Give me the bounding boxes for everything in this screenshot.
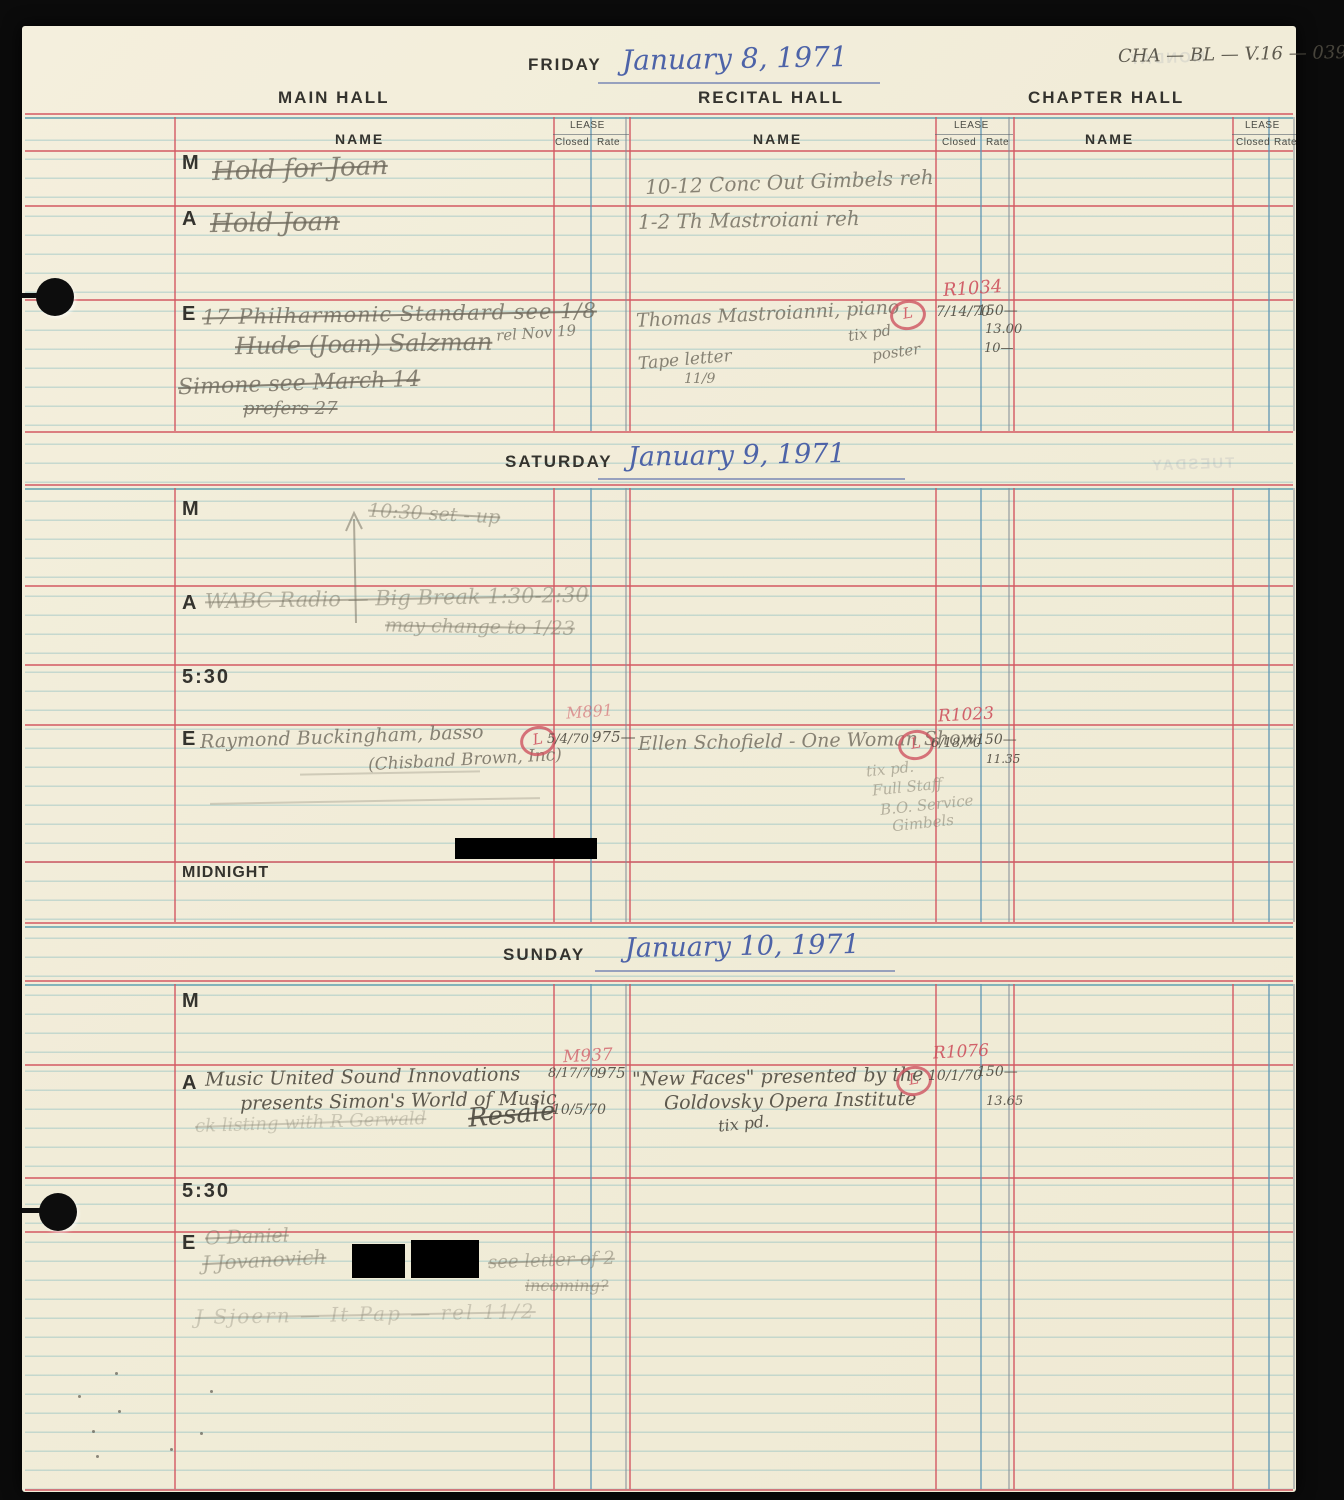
row-label-midnight: MIDNIGHT	[182, 864, 269, 882]
table-border	[25, 484, 1293, 486]
lease-rate-saturday-recital-1: 150—	[976, 732, 1017, 748]
name-header-main: NAME	[335, 131, 384, 147]
booking-number-saturday-recital: R1023	[938, 704, 995, 727]
section-border	[25, 922, 1293, 924]
booking-number-saturday-main: M891	[565, 700, 613, 722]
closed-header: Closed	[555, 137, 589, 148]
row-label-m: M	[182, 152, 201, 175]
table-border	[25, 488, 1293, 490]
row-divider	[25, 150, 1293, 152]
hole-punch-bottom	[39, 1193, 77, 1231]
entry-friday-main-e4: prefers 27	[243, 398, 338, 419]
lease-box-line	[553, 134, 629, 135]
column-line	[174, 984, 176, 1489]
lease-rate-sunday-recital-1: 150—	[977, 1064, 1018, 1080]
column-line	[174, 488, 176, 922]
column-line	[625, 984, 627, 1489]
hall-header-recital: RECITAL HALL	[698, 88, 844, 108]
pencil-speck	[118, 1410, 121, 1413]
day-label-friday: FRIDAY	[528, 55, 602, 75]
pencil-speck	[78, 1395, 81, 1398]
row-divider	[25, 205, 1293, 207]
entry-friday-recital-a: 1-2 Th Mastroiani reh	[638, 206, 860, 234]
section-border	[25, 926, 1293, 928]
row-divider	[25, 299, 1293, 301]
date-underline	[598, 82, 880, 84]
column-line	[1232, 117, 1234, 431]
column-line	[1268, 984, 1270, 1489]
date-sunday: January 10, 1971	[625, 929, 860, 964]
table-border	[25, 984, 1293, 986]
lease-closed-sunday-main: 8/17/70	[548, 1066, 598, 1081]
row-label-530: 5:30	[182, 1180, 230, 1203]
column-line	[1268, 488, 1270, 922]
lease-box-line	[935, 134, 1013, 135]
row-divider	[25, 1064, 1293, 1066]
booking-number-friday-recital: R1034	[942, 276, 1003, 301]
entry-sunday-main-e2b: see letter of 2	[488, 1248, 615, 1273]
redaction-box	[455, 838, 597, 859]
closed-header: Closed	[942, 137, 976, 148]
lease-rate-sunday-recital-2: 13.65	[986, 1094, 1023, 1109]
column-line	[1013, 117, 1015, 431]
pencil-speck	[170, 1448, 173, 1451]
row-label-m: M	[182, 498, 201, 521]
table-border	[25, 980, 1293, 982]
entry-sunday-recital-name2: Goldovsky Opera Institute	[664, 1088, 917, 1114]
date-underline	[595, 970, 895, 972]
day-label-saturday: SATURDAY	[505, 452, 613, 472]
entry-friday-main-e2: Hude (Joan) Salzman	[235, 328, 493, 360]
lease-rate-friday-recital-3: 10—	[984, 341, 1014, 356]
column-line	[1232, 488, 1234, 922]
column-line	[629, 488, 631, 922]
pencil-speck	[92, 1430, 95, 1433]
lease-rate-saturday-recital-2: 11.35	[986, 752, 1020, 766]
lease-box-line	[1232, 134, 1296, 135]
entry-friday-main-m: Hold for Joan	[212, 151, 389, 187]
date-saturday: January 9, 1971	[628, 438, 846, 473]
row-label-m: M	[182, 990, 201, 1013]
day-label-sunday: SUNDAY	[503, 945, 585, 965]
booking-number-sunday-recital: R1076	[933, 1041, 990, 1064]
column-line	[1293, 488, 1295, 922]
row-label-530: 5:30	[182, 666, 230, 689]
hall-header-chapter: CHAPTER HALL	[1028, 88, 1184, 108]
row-divider	[25, 1177, 1293, 1179]
archive-code: CHA — BL — V.16 — 039	[1118, 42, 1344, 67]
rate-header: Rate	[597, 137, 620, 148]
column-line	[625, 488, 627, 922]
table-border	[25, 113, 1293, 115]
redaction-box	[411, 1240, 479, 1278]
row-label-a: A	[182, 1072, 198, 1095]
column-line	[1013, 984, 1015, 1489]
column-line	[1008, 117, 1010, 431]
row-divider	[25, 585, 1293, 587]
lease-closed-saturday-recital: 6/18/70	[931, 736, 981, 751]
entry-sunday-main-e2c: incoming?	[525, 1276, 608, 1295]
section-border	[25, 1489, 1293, 1491]
redaction-box	[352, 1244, 405, 1278]
column-line	[174, 117, 176, 431]
column-line	[590, 117, 592, 431]
column-line	[629, 117, 631, 431]
scanned-ledger-page: MONDAY TUESDAY	[0, 0, 1344, 1500]
table-border	[25, 117, 1293, 119]
lease-closed-sunday-recital: 10/1/70	[928, 1068, 982, 1084]
entry-saturday-main-a2: may change to 1/23	[385, 614, 575, 639]
lease-rate-saturday-main: 975—	[592, 728, 636, 746]
column-line	[1013, 488, 1015, 922]
entry-sunday-main-e1: O Daniel	[205, 1225, 290, 1250]
column-line	[1008, 488, 1010, 922]
lease-rate-friday-recital-2: 13.00	[985, 322, 1022, 337]
entry-friday-recital-tape-date: 11/9	[684, 371, 715, 387]
row-label-a: A	[182, 592, 198, 615]
name-header-recital: NAME	[753, 131, 802, 147]
row-label-e: E	[182, 728, 197, 751]
row-label-e: E	[182, 303, 197, 326]
lease-header: LEASE	[954, 120, 989, 131]
row-label-a: A	[182, 208, 198, 231]
resale-date-sunday-main: 10/5/70	[552, 1102, 606, 1118]
pencil-speck	[210, 1390, 213, 1393]
lease-closed-saturday-main: 5/4/70	[547, 732, 589, 747]
pencil-speck	[96, 1455, 99, 1458]
entry-friday-main-a: Hold Joan	[210, 207, 340, 239]
closed-header: Closed	[1236, 137, 1270, 148]
column-line	[1293, 117, 1295, 431]
pencil-speck	[115, 1372, 118, 1375]
date-underline	[598, 478, 905, 480]
column-line	[625, 117, 627, 431]
row-label-e: E	[182, 1232, 197, 1255]
lease-header: LEASE	[1245, 120, 1280, 131]
hole-punch-top	[36, 278, 74, 316]
lease-rate-sunday-main: 975	[597, 1064, 626, 1082]
column-line	[980, 117, 982, 431]
pencil-speck	[200, 1432, 203, 1435]
column-line	[629, 984, 631, 1489]
column-line	[1268, 117, 1270, 431]
section-border	[25, 431, 1293, 433]
lease-header: LEASE	[570, 120, 605, 131]
rate-header: Rate	[1274, 137, 1297, 148]
date-friday: January 8, 1971	[622, 40, 848, 77]
bleed-through-text: TUESDAY	[1150, 455, 1235, 475]
column-line	[1293, 984, 1295, 1489]
hall-header-main: MAIN HALL	[278, 88, 389, 108]
column-line	[1008, 984, 1010, 1489]
name-header-chapter: NAME	[1085, 131, 1134, 147]
column-line	[553, 117, 555, 431]
column-line	[1232, 984, 1234, 1489]
rate-header: Rate	[986, 137, 1009, 148]
column-line	[935, 488, 937, 922]
row-divider	[25, 861, 1293, 863]
lease-rate-friday-recital-1: 150—	[977, 303, 1018, 319]
column-line	[935, 117, 937, 431]
row-divider	[25, 724, 1293, 726]
column-line	[553, 984, 555, 1489]
